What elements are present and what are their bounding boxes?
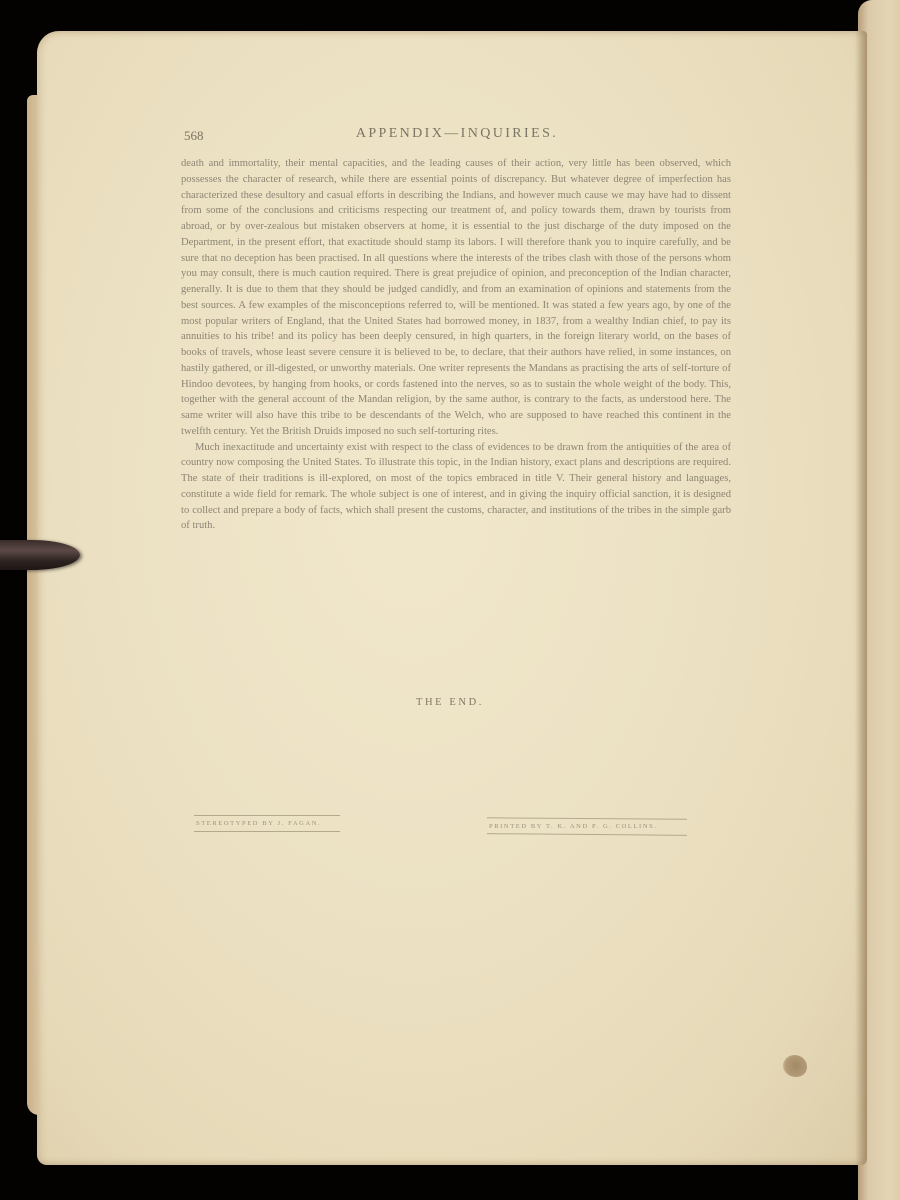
running-head-title: APPENDIX—INQUIRIES. (184, 126, 730, 142)
stereotyper-label: STEREOTYPED BY J. FAGAN. (194, 816, 340, 831)
printer-label: PRINTED BY T. K. AND P. G. COLLINS. (487, 819, 687, 834)
the-end-heading: THE END. (300, 697, 600, 708)
imprint-rule-bottom (194, 831, 340, 832)
gutter-shadow (855, 31, 867, 1165)
stereotyper-imprint: STEREOTYPED BY J. FAGAN. (194, 815, 340, 832)
photo-scene: 568 APPENDIX—INQUIRIES. death and immort… (0, 0, 900, 1200)
running-head: 568 APPENDIX—INQUIRIES. (184, 126, 730, 146)
foxing-stain (783, 1055, 807, 1077)
paragraph-1: death and immortality, their mental capa… (181, 156, 731, 440)
printer-imprint: PRINTED BY T. K. AND P. G. COLLINS. (487, 818, 687, 835)
paragraph-2: Much inexactitude and uncertainty exist … (181, 440, 731, 535)
body-text: death and immortality, their mental capa… (181, 156, 731, 534)
